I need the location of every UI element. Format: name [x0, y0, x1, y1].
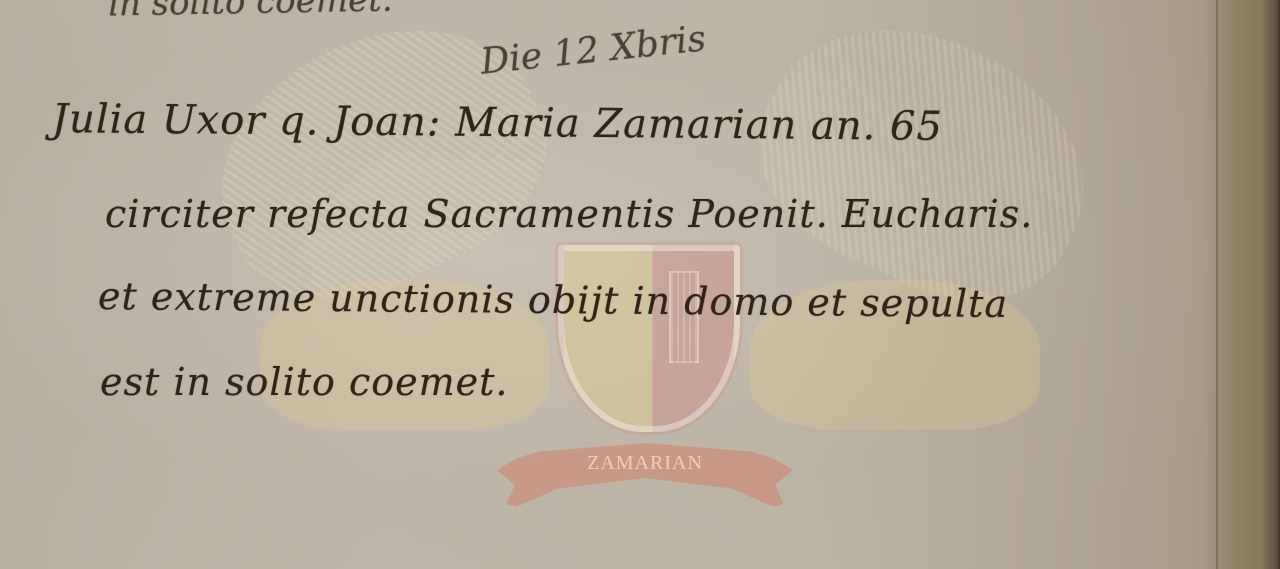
entry-line-4: est in solito coemet.: [100, 360, 508, 404]
manuscript-page: ZAMARIAN in solito coemet. Die 12 Xbris …: [0, 0, 1280, 569]
page-edge: [1216, 0, 1218, 569]
entry-line-3: et extreme unctionis obijt in domo et se…: [98, 274, 1008, 326]
line-top-cutoff: in solito coemet.: [108, 0, 393, 24]
heraldic-shield: [558, 245, 740, 432]
watermark-banner: [490, 443, 800, 513]
entry-line-2: circiter refecta Sacramentis Poenit. Euc…: [105, 192, 1033, 236]
entry-date: Die 12 Xbris: [478, 18, 707, 82]
watermark-banner-text: ZAMARIAN: [540, 452, 750, 475]
entry-line-1: Julia Uxor q. Joan: Maria Zamarian an. 6…: [52, 96, 943, 150]
